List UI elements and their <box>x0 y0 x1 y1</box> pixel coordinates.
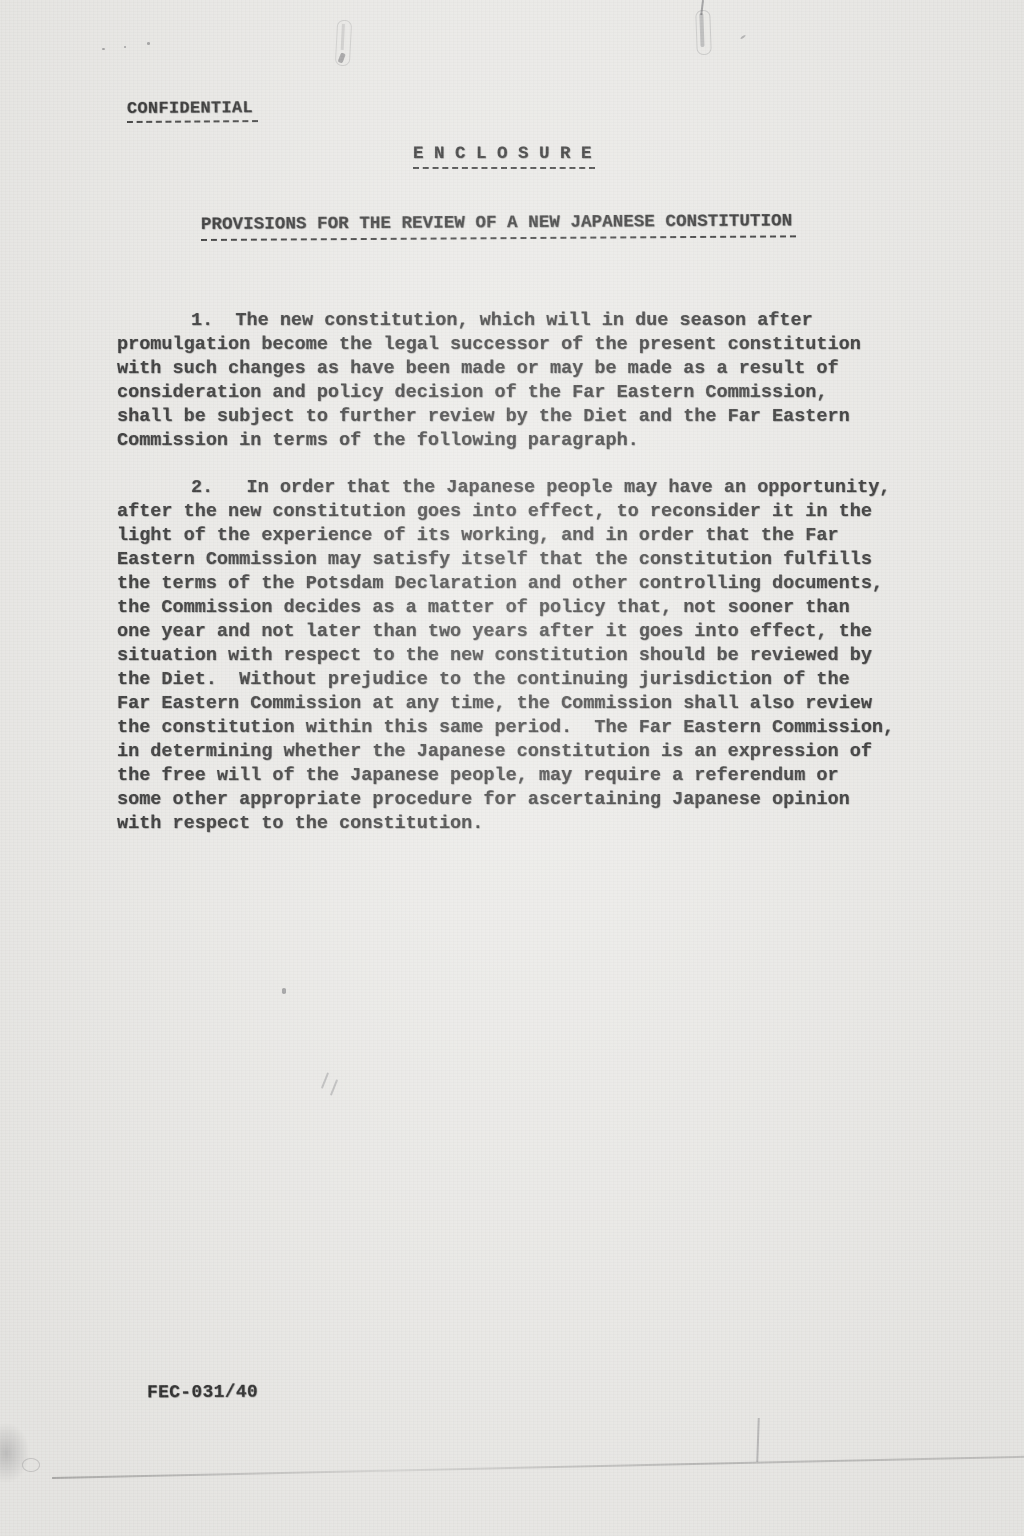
pencil-slash-mark <box>321 1072 329 1089</box>
edge-smudge-ring <box>22 1458 40 1472</box>
staple-mark-left <box>335 20 352 67</box>
pencil-slash-mark <box>330 1079 338 1096</box>
document-number: FEC-031/40 <box>147 1383 258 1404</box>
classification-stamp: CONFIDENTIAL <box>127 99 258 123</box>
enclosure-heading: E N C L O S U R E <box>413 144 595 169</box>
ink-speck <box>124 46 126 48</box>
edge-smudge <box>0 1422 30 1484</box>
ink-speck <box>102 48 105 50</box>
page-crease-line <box>52 1456 1024 1479</box>
ink-speck <box>282 988 286 994</box>
document-title: PROVISIONS FOR THE REVIEW OF A NEW JAPAN… <box>201 211 796 241</box>
staple-mark-right <box>695 10 712 55</box>
ink-speck <box>147 42 150 45</box>
scanned-document-page: CONFIDENTIAL E N C L O S U R E PROVISION… <box>0 0 1024 1536</box>
ink-speck <box>740 34 746 39</box>
paragraph-2: 2. In order that the Japanese people may… <box>117 476 935 836</box>
pencil-line <box>756 1418 759 1462</box>
paragraph-1: 1. The new constitution, which will in d… <box>117 309 935 453</box>
